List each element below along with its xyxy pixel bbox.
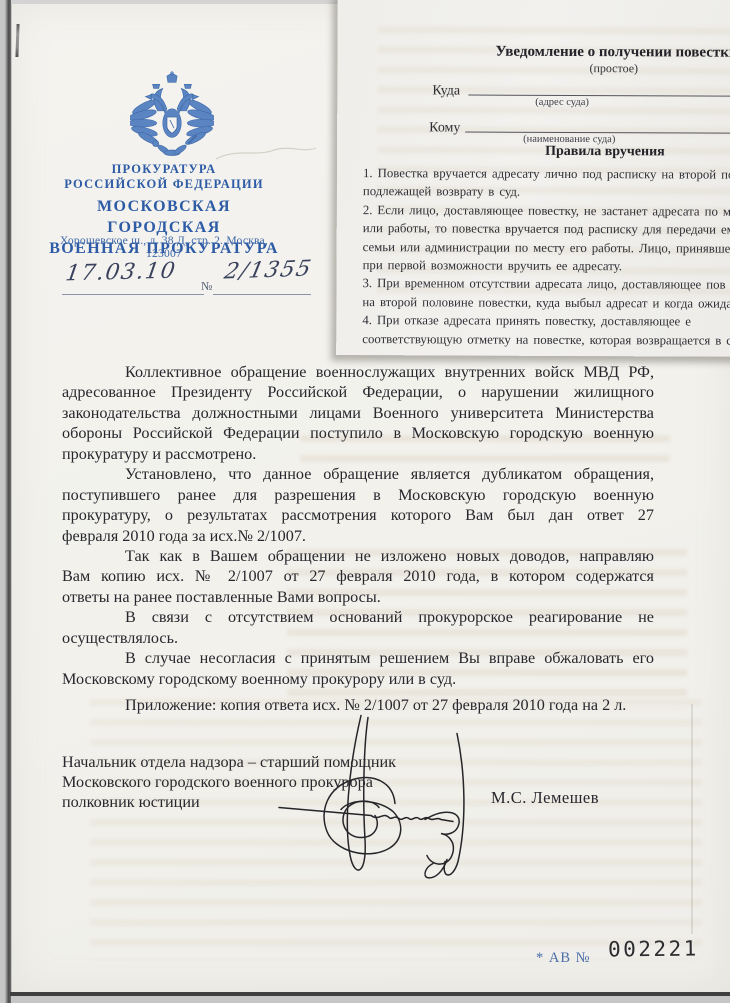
scan-edge-left	[5, 0, 11, 1003]
letter-line: Установлено, что данное обращение являет…	[62, 464, 654, 484]
letterhead-address: Хорошевское ш., д. 38 Д, стр. 2. Москва,…	[48, 234, 280, 260]
letter-line: В связи с отсутствием оснований прокурор…	[62, 607, 654, 627]
kuda-label: Куда	[432, 83, 460, 99]
letterhead-org: ПРОКУРАТУРА РОССИЙСКОЙ ФЕДЕРАЦИИ	[48, 162, 280, 192]
letter-body: Коллективное обращение военнослужащих вн…	[62, 362, 654, 715]
letter-line: Так как в Вашем обращении не изложено но…	[62, 546, 654, 566]
notice-rule-line: 3. При временном отсутствии адресата лиц…	[362, 274, 730, 294]
notice-title: Уведомление о получении повестки	[495, 44, 730, 62]
notice-rule-line: соответствующую отметку на повестке, кот…	[362, 330, 730, 350]
serial-series-label: * АВ №	[536, 950, 590, 967]
position-line: Московского городского военного прокурор…	[62, 772, 396, 792]
handwritten-doc-number: 2/1355	[222, 256, 314, 284]
letter-line: осуществлялось.	[62, 628, 654, 648]
position-line: Начальник отдела надзора – старший помощ…	[62, 752, 396, 772]
notice-rule-line: 1. Повестка вручается адресату лично под…	[363, 164, 730, 184]
pencil-scribble	[214, 144, 319, 166]
org-name-line1: МОСКОВСКАЯ ГОРОДСКАЯ	[48, 196, 280, 238]
letter-line: Вам копию исх. № 2/1007 от 27 февраля 20…	[62, 566, 654, 586]
number-sign: №	[201, 279, 212, 294]
position-line: полковник юстиции	[62, 792, 396, 812]
letter-line: поступившего ранее для разрешения в Моск…	[62, 485, 654, 505]
letter-line: ответы на ранее поставленные Вами вопрос…	[62, 587, 654, 607]
notice-rule-line: 4. При отказе адресата принять повестку,…	[362, 311, 730, 331]
notice-rule-line: на второй половине повестки, куда выбыл …	[362, 293, 730, 313]
notice-rule-line: при первой возможности вручить ее адреса…	[363, 256, 730, 276]
rules-title: Правила вручения	[545, 144, 665, 161]
summons-notice-page: Уведомление о получении повестки (просто…	[336, 0, 730, 357]
notice-rule-line: подлежащей возврату в суд.	[363, 182, 730, 202]
letter-line: В случае несогласия с принятым решением …	[62, 648, 654, 668]
notice-subtitle: (простое)	[589, 61, 638, 76]
letter-line: февраля 2010 года за исх.№ 2/1007.	[62, 526, 654, 546]
letter-line: обороны Российской Федерации поступило в…	[62, 423, 654, 443]
staple-icon	[15, 24, 19, 57]
letter-line: прокуратуру, о результатах рассмотрения …	[62, 505, 654, 525]
notice-rule-line: семьи или администрации по месту его раб…	[363, 238, 730, 258]
russia-coat-of-arms-icon	[130, 70, 214, 164]
number-underline	[213, 294, 311, 295]
letter-line: законодательства должностными лицами Вое…	[62, 403, 654, 423]
date-underline	[62, 294, 204, 295]
kuda-hint: (адрес суда)	[535, 97, 589, 108]
scan-edge-bottom	[10, 992, 730, 996]
letter-line: Московскому городскому военному прокурор…	[62, 669, 654, 689]
serial-number: 002221	[608, 937, 699, 962]
signer-name: М.С. Лемешев	[491, 788, 599, 808]
letter-line: Коллективное обращение военнослужащих вн…	[62, 362, 654, 382]
letter-line: прокуратуру и рассмотрено.	[62, 444, 654, 464]
signature-block: Начальник отдела надзора – старший помощ…	[62, 752, 396, 813]
paper-crease	[691, 704, 693, 934]
handwritten-date: 17.03.10	[64, 259, 178, 287]
scanned-letter-document: ПРОКУРАТУРА РОССИЙСКОЙ ФЕДЕРАЦИИ МОСКОВС…	[0, 0, 730, 1003]
notice-rule-line: 2. Если лицо, доставляющее повестку, не …	[363, 201, 730, 221]
rules-text: 1. Повестка вручается адресату лично под…	[362, 164, 730, 350]
letter-line: адресованное Президенту Российской Федер…	[62, 382, 654, 402]
komu-label: Кому	[429, 120, 460, 136]
org-line2: РОССИЙСКОЙ ФЕДЕРАЦИИ	[48, 177, 280, 192]
notice-rule-line: или работы, то повестка вручается под ра…	[363, 219, 730, 239]
